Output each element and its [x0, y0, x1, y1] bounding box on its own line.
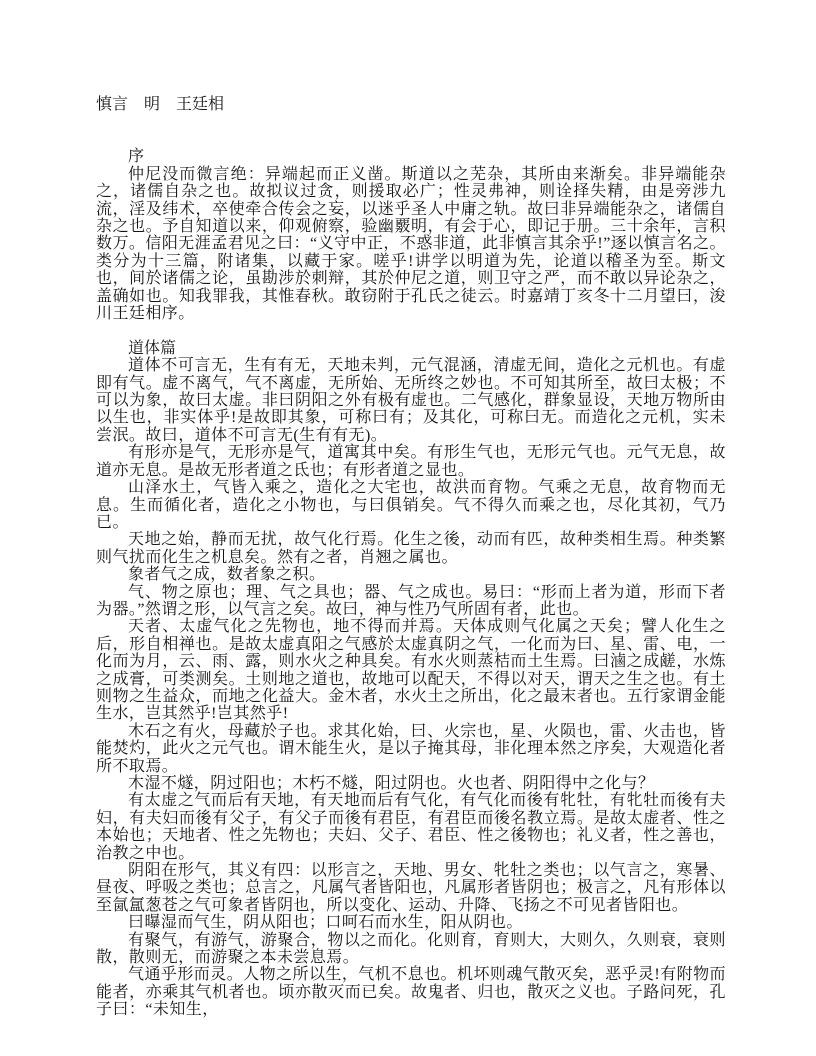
daoti-paragraph-1: 道体不可言无，生有有无，天地未判，元气混涵，清虚无间，造化之元机也。有虚即有气。…	[96, 357, 726, 444]
document-title: 慎言 明 王廷相	[96, 96, 726, 113]
daoti-paragraph-14: 气通乎形而灵。人物之所以生，气机不息也。机坏则魂气散灭矣，恶乎灵!有附物而能者，…	[96, 966, 726, 1018]
daoti-paragraph-9: 木湿不燧，阴过阳也；木朽不燧，阳过阴也。火也者、阴阳得中之化与？	[96, 775, 726, 792]
section-preface: 序 仲尼没而微言绝：异端起而正义凿。斯道以之芜杂，其所由来渐矣。非异端能杂之，诸…	[96, 148, 726, 322]
daoti-paragraph-10: 有太虚之气而后有天地，有天地而后有气化，有气化而後有牝牡，有牝牡而後有夫妇，有夫…	[96, 792, 726, 862]
preface-heading: 序	[96, 148, 726, 165]
daoti-paragraph-2: 有形亦是气，无形亦是气，道寓其中矣。有形生气也，无形元气也。元气无息，故道亦无息…	[96, 444, 726, 479]
daoti-paragraph-3: 山泽水土，气皆入乘之，造化之大宅也，故洪而育物。气乘之无息，故育物而无息。生而循…	[96, 479, 726, 531]
daoti-paragraph-8: 木石之有火，母藏於子也。求其化始，曰、火宗也，星、火陨也，雷、火击也，皆能焚灼，…	[96, 723, 726, 775]
section-daoti: 道体篇 道体不可言无，生有有无，天地未判，元气混涵，清虚无间，造化之元机也。有虚…	[96, 340, 726, 1019]
daoti-paragraph-12: 曰曝湿而气生，阴从阳也；口呵石而水生，阳从阴也。	[96, 914, 726, 931]
daoti-paragraph-7: 天者、太虚气化之先物也，地不得而并焉。天体成则气化属之天矣；譬人化生之后，形自相…	[96, 618, 726, 722]
daoti-paragraph-11: 阴阳在形气，其义有四：以形言之，天地、男女、牝牡之类也；以气言之，寒暑、昼夜、呼…	[96, 862, 726, 914]
daoti-paragraph-13: 有聚气，有游气，游聚合，物以之而化。化则育，育则大，大则久，久则衰，衰则散，散则…	[96, 932, 726, 967]
daoti-paragraph-6: 气、物之原也；理、气之具也；器、气之成也。易曰：“形而上者为道，形而下者为器。”…	[96, 584, 726, 619]
preface-paragraph: 仲尼没而微言绝：异端起而正义凿。斯道以之芜杂，其所由来渐矣。非异端能杂之，诸儒自…	[96, 166, 726, 323]
daoti-heading: 道体篇	[96, 340, 726, 357]
document-page: 慎言 明 王廷相 序 仲尼没而微言绝：异端起而正义凿。斯道以之芜杂，其所由来渐矣…	[0, 0, 816, 1056]
daoti-paragraph-4: 天地之始，静而无扰，故气化行焉。化生之後，动而有匹，故种类相生焉。种类繁则气扰而…	[96, 531, 726, 566]
daoti-paragraph-5: 象者气之成，数者象之积。	[96, 566, 726, 583]
